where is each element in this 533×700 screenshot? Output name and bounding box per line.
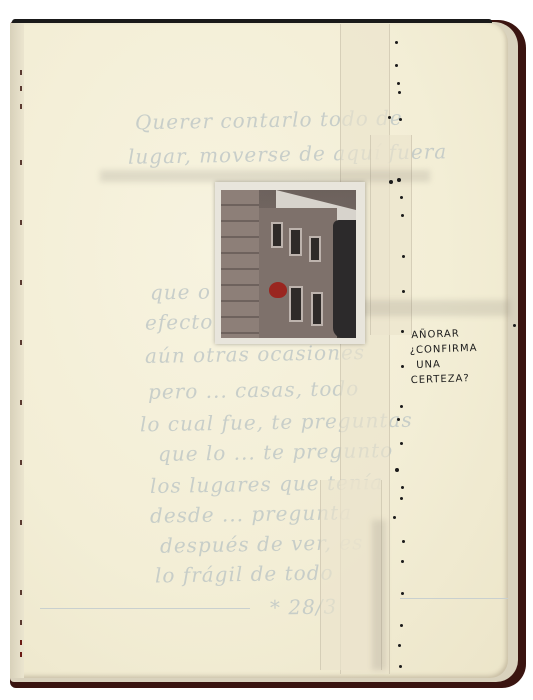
ink-dot [388, 116, 391, 119]
collaged-photo-building [221, 190, 356, 338]
stitch-mark [20, 340, 22, 345]
stitch-mark [20, 652, 22, 657]
stitch-mark [20, 70, 22, 75]
ink-dot [401, 592, 404, 595]
stitch-mark [20, 86, 22, 91]
note-line: ¿CONFIRMA [409, 341, 477, 358]
stitch-mark [20, 280, 22, 285]
ink-dot [398, 644, 401, 647]
stitch-mark [20, 104, 22, 109]
stitch-mark [20, 220, 22, 225]
stitch-mark [20, 160, 22, 165]
stitch-mark [20, 520, 22, 525]
stitch-mark [20, 590, 22, 595]
photo-window [311, 292, 323, 326]
ink-dot [401, 560, 404, 563]
ink-dot [399, 665, 402, 668]
handwritten-note: AÑORAR ¿CONFIRMA UNA CERTEZA? [409, 326, 479, 388]
ink-dot [400, 442, 403, 445]
ink-dot [393, 516, 396, 519]
ink-dot [400, 196, 403, 199]
graphite-smudge [350, 300, 510, 316]
stitch-mark [20, 620, 22, 625]
note-line: CERTEZA? [411, 371, 479, 388]
ink-dot [399, 118, 402, 121]
ink-dot [400, 624, 403, 627]
photo-window [289, 228, 302, 256]
stitch-mark [20, 640, 22, 645]
ink-dot [397, 418, 400, 421]
ink-dot [389, 180, 393, 184]
ink-dot [395, 41, 398, 44]
photo-house-facade [259, 208, 337, 338]
ink-dot [395, 64, 398, 67]
stitch-mark [20, 460, 22, 465]
photo-red-sign [269, 282, 287, 298]
faint-rule-line [40, 608, 250, 609]
ink-dot [402, 255, 405, 258]
ink-dot [402, 290, 405, 293]
ink-dot [401, 330, 404, 333]
ink-dot [401, 365, 404, 368]
photo-window [289, 286, 303, 322]
ink-dot [398, 91, 401, 94]
photo-window [309, 236, 321, 262]
graphite-smudge [372, 520, 386, 670]
ink-dot [401, 486, 404, 489]
ink-dot [402, 540, 405, 543]
photo-dark-torn-edge [333, 220, 356, 338]
ink-dot [397, 178, 401, 182]
ink-dot [401, 214, 404, 217]
photo-stone-wall [221, 190, 259, 338]
faded-handwriting-line: que o [150, 279, 211, 304]
ink-dot [400, 497, 403, 500]
ink-dot [400, 405, 403, 408]
faint-rule-line [400, 598, 508, 599]
ink-dot [397, 82, 400, 85]
graphite-smudge [100, 170, 430, 182]
stitch-mark [20, 400, 22, 405]
photo-window [271, 222, 283, 248]
ink-dot [513, 324, 516, 327]
faded-handwriting-line: aún otras ocasiones [145, 340, 365, 368]
notebook: Querer contarlo todo de lugar, moverse d… [0, 0, 533, 700]
faded-handwriting-line: lo frágil de todo [155, 560, 334, 587]
faded-handwriting-line: pero ... casas, todo [148, 376, 360, 404]
ink-dot [395, 468, 399, 472]
spine-gutter [10, 23, 24, 678]
faded-handwriting-line: efecto [145, 309, 214, 334]
